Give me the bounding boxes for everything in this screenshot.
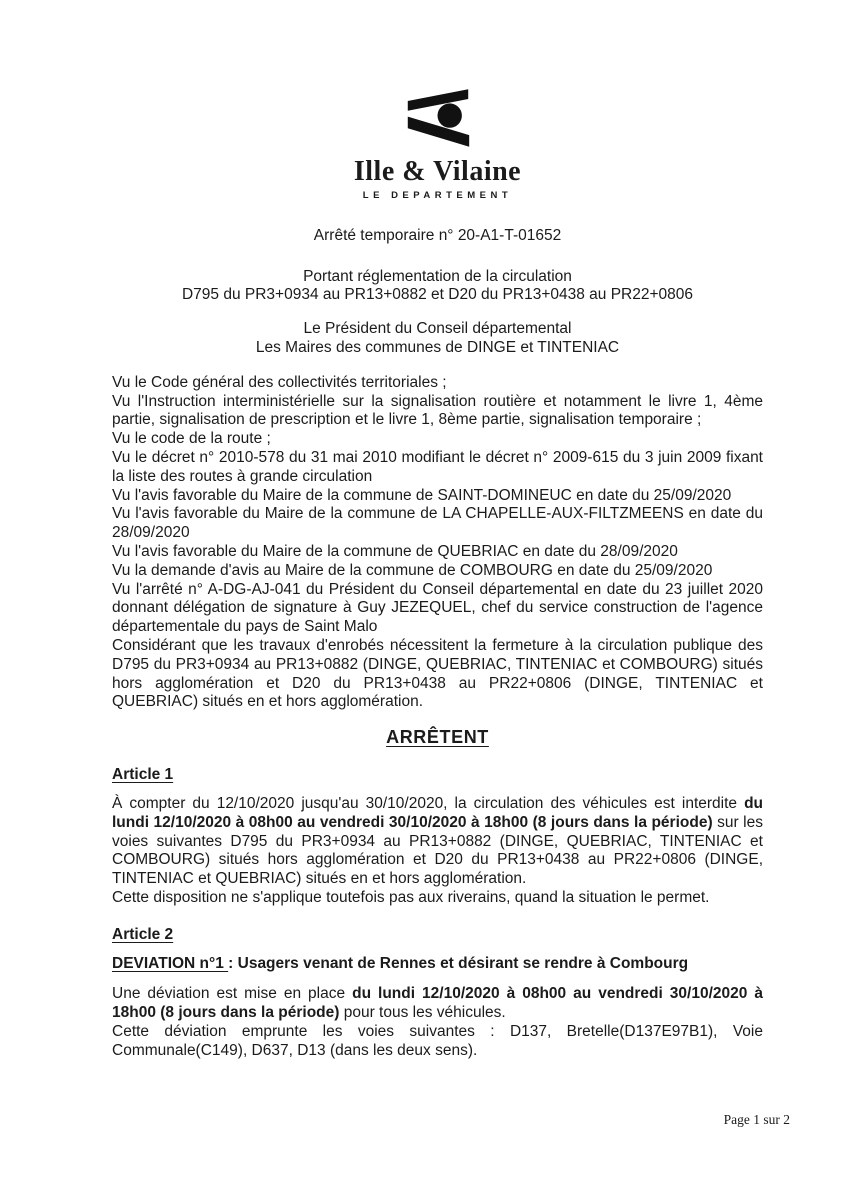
article-1-paragraph-1: À compter du 12/10/2020 jusqu'au 30/10/2… bbox=[112, 795, 763, 889]
arrete-number: Arrêté temporaire n° 20-A1-T-01652 bbox=[112, 227, 763, 246]
arretent-heading: ARRÊTENT bbox=[112, 727, 763, 748]
vu-clause-1: Vu le Code général des collectivités ter… bbox=[112, 374, 763, 393]
vu-clause-3: Vu le code de la route ; bbox=[112, 430, 763, 449]
subject-line-2: D795 du PR3+0934 au PR13+0882 et D20 du … bbox=[112, 286, 763, 305]
authority-block: Le Président du Conseil départemental Le… bbox=[112, 320, 763, 358]
vu-clause-5: Vu l'avis favorable du Maire de la commu… bbox=[112, 487, 763, 506]
deviation-1-paragraph-1: Une déviation est mise en place du lundi… bbox=[112, 985, 763, 1023]
authority-line-2: Les Maires des communes de DINGE et TINT… bbox=[112, 339, 763, 358]
considerant-clause: Considérant que les travaux d'enrobés né… bbox=[112, 637, 763, 712]
document-blocks: Vu le Code général des collectivités ter… bbox=[112, 374, 763, 1061]
vu-clause-8: Vu la demande d'avis au Maire de la comm… bbox=[112, 562, 763, 581]
department-logo: Ille & Vilaine LE DEPARTEMENT bbox=[112, 88, 763, 201]
document-page: Ille & Vilaine LE DEPARTEMENT Arrêté tem… bbox=[0, 0, 849, 1200]
article-2-heading: Article 2 bbox=[112, 926, 763, 945]
article-1-paragraph-2: Cette disposition ne s'applique toutefoi… bbox=[112, 889, 763, 908]
subject-line-1: Portant réglementation de la circulation bbox=[112, 268, 763, 287]
logo-title: Ille & Vilaine bbox=[112, 157, 763, 187]
subject-block: Portant réglementation de la circulation… bbox=[112, 268, 763, 306]
vu-clause-4: Vu le décret n° 2010-578 du 31 mai 2010 … bbox=[112, 449, 763, 487]
article-1-heading: Article 1 bbox=[112, 766, 763, 785]
authority-line-1: Le Président du Conseil départemental bbox=[112, 320, 763, 339]
vu-clause-6: Vu l'avis favorable du Maire de la commu… bbox=[112, 505, 763, 543]
vu-clause-2: Vu l'Instruction interministérielle sur … bbox=[112, 393, 763, 431]
deviation-1-heading: DEVIATION n°1 : Usagers venant de Rennes… bbox=[112, 955, 763, 974]
vu-clause-9: Vu l'arrêté n° A-DG-AJ-041 du Président … bbox=[112, 581, 763, 637]
vu-clause-7: Vu l'avis favorable du Maire de la commu… bbox=[112, 543, 763, 562]
page-number: Page 1 sur 2 bbox=[724, 1112, 790, 1128]
deviation-1-paragraph-2: Cette déviation emprunte les voies suiva… bbox=[112, 1023, 763, 1061]
document-content: Ille & Vilaine LE DEPARTEMENT Arrêté tem… bbox=[112, 0, 763, 1060]
ille-et-vilaine-emblem-icon bbox=[399, 88, 477, 157]
logo-subtitle: LE DEPARTEMENT bbox=[112, 190, 763, 201]
